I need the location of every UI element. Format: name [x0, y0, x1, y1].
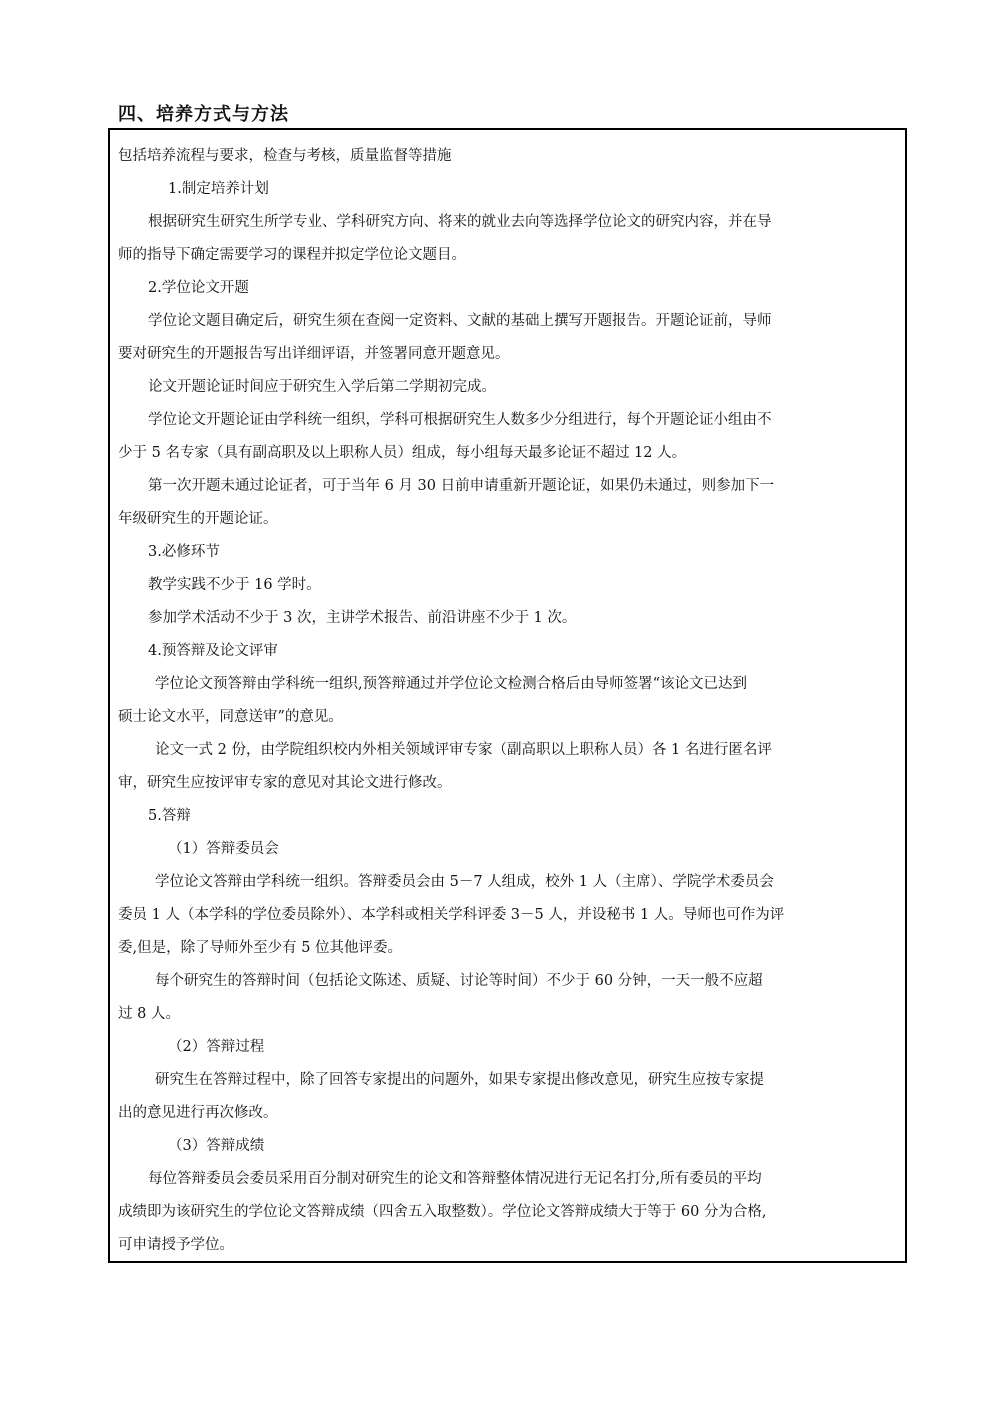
- content-body: 包括培养流程与要求，检查与考核，质量监督等措施 1.制定培养计划根据研究生研究生…: [118, 140, 900, 1262]
- paragraph-continuation: 过 8 人。: [118, 998, 900, 1031]
- paragraph-continuation: 成绩即为该研究生的学位论文答辩成绩（四舍五入取整数）。学位论文答辩成绩大于等于 …: [118, 1196, 900, 1229]
- subsection-heading: （2）答辩过程: [118, 1031, 900, 1064]
- paragraph-line: 每位答辩委员会委员采用百分制对研究生的论文和答辩整体情况进行无记名打分,所有委员…: [118, 1163, 900, 1196]
- section-title: 四、培养方式与方法: [118, 103, 289, 127]
- paragraph-line: 第一次开题未通过论证者，可于当年 6 月 30 日前申请重新开题论证，如果仍未通…: [118, 470, 900, 503]
- paragraph-continuation: 审，研究生应按评审专家的意见对其论文进行修改。: [118, 767, 900, 800]
- section-heading: 5.答辩: [118, 800, 900, 833]
- paragraph-line: 论文一式 2 份，由学院组织校内外相关领域评审专家（副高职以上职称人员）各 1 …: [118, 734, 900, 767]
- section-heading: 1.制定培养计划: [118, 173, 900, 206]
- paragraph-continuation: 委员 1 人（本学科的学位委员除外）、本学科或相关学科评委 3－5 人，并设秘书…: [118, 899, 900, 932]
- paragraph-line: 学位论文预答辩由学科统一组织,预答辩通过并学位论文检测合格后由导师签署“该论文已…: [118, 668, 900, 701]
- section-heading: 2.学位论文开题: [118, 272, 900, 305]
- paragraph-continuation: 年级研究生的开题论证。: [118, 503, 900, 536]
- paragraph-continuation: 少于 5 名专家（具有副高职及以上职称人员）组成，每小组每天最多论证不超过 12…: [118, 437, 900, 470]
- paragraph-continuation: 委,但是，除了导师外至少有 5 位其他评委。: [118, 932, 900, 965]
- paragraph-line: 学位论文题目确定后，研究生须在查阅一定资料、文献的基础上撰写开题报告。开题论证前…: [118, 305, 900, 338]
- paragraph-continuation: 出的意见进行再次修改。: [118, 1097, 900, 1130]
- section-heading: 3.必修环节: [118, 536, 900, 569]
- paragraph-line: 研究生在答辩过程中，除了回答专家提出的问题外，如果专家提出修改意见，研究生应按专…: [118, 1064, 900, 1097]
- paragraph-line: 根据研究生研究生所学专业、学科研究方向、将来的就业去向等选择学位论文的研究内容，…: [118, 206, 900, 239]
- paragraph-line: 教学实践不少于 16 学时。: [118, 569, 900, 602]
- paragraph-line: 论文开题论证时间应于研究生入学后第二学期初完成。: [118, 371, 900, 404]
- paragraph-line: 每个研究生的答辩时间（包括论文陈述、质疑、讨论等时间）不少于 60 分钟，一天一…: [118, 965, 900, 998]
- content-items: 1.制定培养计划根据研究生研究生所学专业、学科研究方向、将来的就业去向等选择学位…: [118, 173, 900, 1262]
- paragraph-line: 学位论文答辩由学科统一组织。答辩委员会由 5－7 人组成，校外 1 人（主席）、…: [118, 866, 900, 899]
- subsection-heading: （1）答辩委员会: [118, 833, 900, 866]
- paragraph-continuation: 硕士论文水平，同意送审”的意见。: [118, 701, 900, 734]
- paragraph-line: 学位论文开题论证由学科统一组织，学科可根据研究生人数多少分组进行，每个开题论证小…: [118, 404, 900, 437]
- section-heading: 4.预答辩及论文评审: [118, 635, 900, 668]
- paragraph-continuation: 师的指导下确定需要学习的课程并拟定学位论文题目。: [118, 239, 900, 272]
- paragraph-continuation: 要对研究生的开题报告写出详细评语，并签署同意开题意见。: [118, 338, 900, 371]
- content-box: 包括培养流程与要求，检查与考核，质量监督等措施 1.制定培养计划根据研究生研究生…: [108, 128, 907, 1263]
- paragraph-continuation: 可申请授予学位。: [118, 1229, 900, 1262]
- subsection-heading: （3）答辩成绩: [118, 1130, 900, 1163]
- paragraph-line: 参加学术活动不少于 3 次，主讲学术报告、前沿讲座不少于 1 次。: [118, 602, 900, 635]
- intro-line: 包括培养流程与要求，检查与考核，质量监督等措施: [118, 140, 900, 173]
